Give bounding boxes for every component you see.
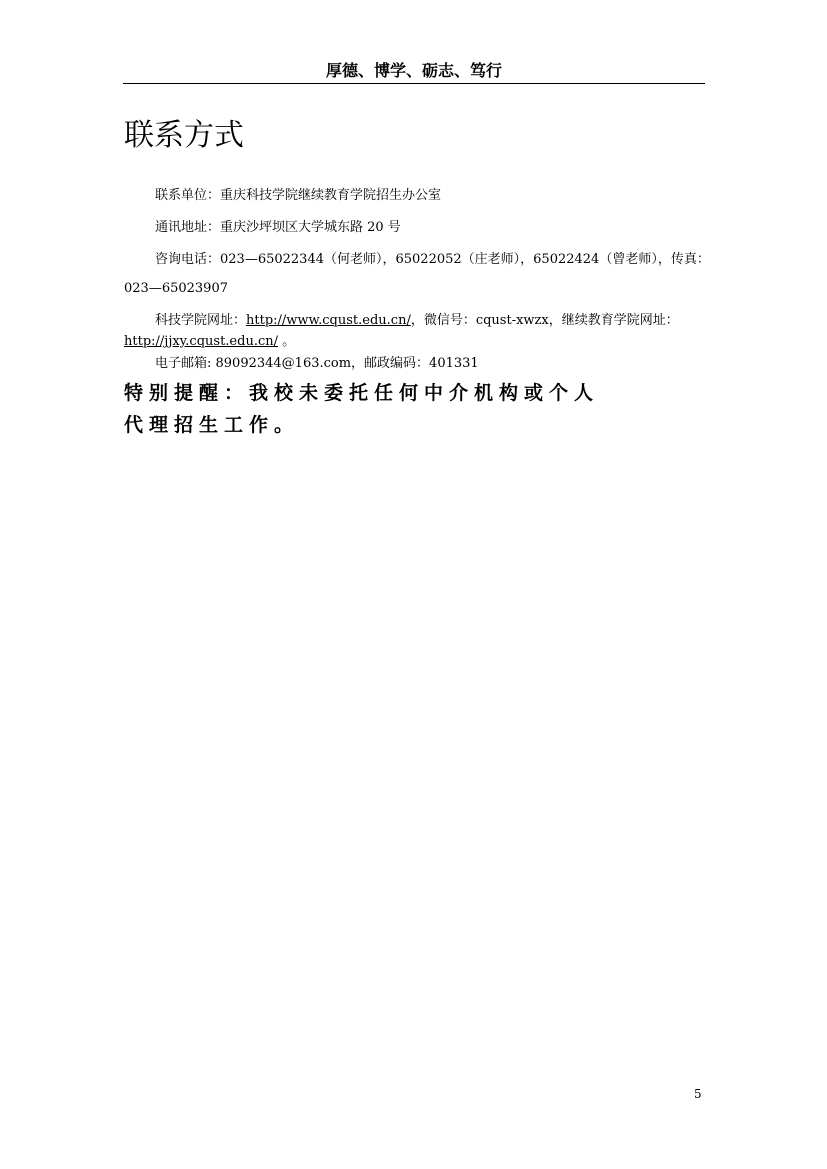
contact-unit: 联系单位：重庆科技学院继续教育学院招生办公室 (155, 184, 441, 203)
contact-phone: 咨询电话：023—65022344（何老师），65022052（庄老师），650… (155, 248, 710, 267)
wechat-text: ，微信号：cqust-xwzx，继续教育学院网址： (411, 313, 679, 328)
website-label: 科技学院网址： (155, 313, 246, 328)
header-divider (123, 83, 705, 84)
page-number: 5 (694, 1087, 702, 1101)
special-notice-line1: 特别提醒：我校未委托任何中介机构或个人 (124, 378, 599, 405)
website-line: 科技学院网址：http://www.cqust.edu.cn/，微信号：cqus… (155, 309, 679, 328)
contact-email: 电子邮箱: 89092344@163.com，邮政编码：401331 (155, 352, 479, 371)
website-link[interactable]: http://www.cqust.edu.cn/ (246, 313, 411, 328)
page-header-motto: 厚德、博学、砺志、笃行 (124, 58, 704, 81)
period: 。 (278, 334, 295, 349)
contact-address: 通讯地址：重庆沙坪坝区大学城东路 20 号 (155, 216, 401, 235)
college-website-link[interactable]: http://jjxy.cqust.edu.cn/ (124, 334, 278, 349)
section-title: 联系方式 (124, 110, 244, 154)
college-url-line: http://jjxy.cqust.edu.cn/ 。 (124, 330, 295, 349)
special-notice-line2: 代理招生工作。 (124, 410, 299, 437)
contact-fax: 023—65023907 (124, 281, 228, 296)
